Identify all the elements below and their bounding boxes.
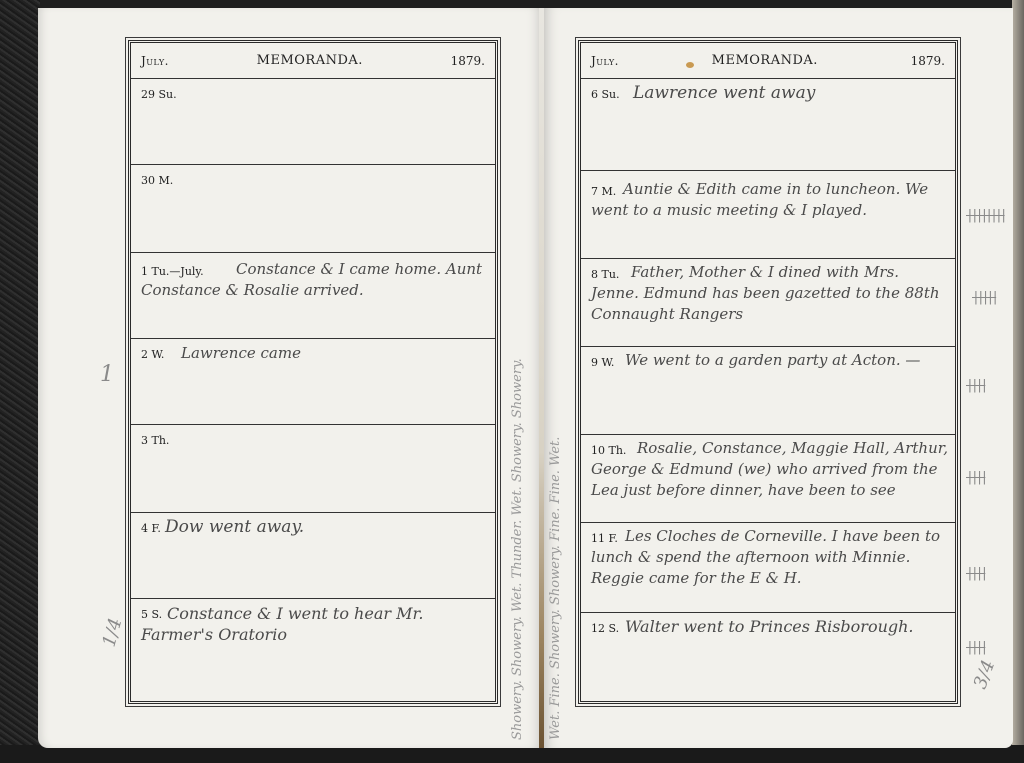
handwritten-entry: Father, Mother & I dined with Mrs. Jenne…	[591, 262, 949, 325]
day-entry: 30 M.	[131, 165, 495, 253]
handwritten-entry: Constance & I went to hear Mr. Farmer's …	[141, 603, 489, 645]
day-label: 30 M.	[141, 174, 173, 187]
book-gutter	[539, 8, 544, 748]
header-year: 1879.	[451, 54, 485, 68]
day-entry: 3 Th.	[131, 425, 495, 513]
day-entry: 11 F. Les Cloches de Corneville. I have …	[581, 523, 955, 613]
day-entry: 1 Tu.—July. Constance & I came home. Aun…	[131, 253, 495, 339]
day-entry: 6 Su. Lawrence went away	[581, 79, 955, 171]
margin-note: 1	[100, 362, 114, 387]
day-entry: 4 F. Dow went away.	[131, 513, 495, 599]
page-header: July. MEMORANDA. 1879.	[581, 43, 955, 79]
handwritten-entry: Auntie & Edith came in to luncheon. We w…	[591, 179, 949, 221]
day-entry: 7 M. Auntie & Edith came in to luncheon.…	[581, 171, 955, 259]
day-entry: 2 W. Lawrence came	[131, 339, 495, 425]
left-memoranda-frame: July. MEMORANDA. 1879. 29 Su. 30 M. 1 Tu…	[128, 40, 498, 704]
day-entry: 8 Tu. Father, Mother & I dined with Mrs.…	[581, 259, 955, 347]
handwritten-entry: Lawrence came	[141, 343, 489, 364]
tally-mark: |||||	[972, 290, 996, 305]
weather-notes-right-gutter: Wet. Fine. Showery. Showery. Fine. Fine.…	[548, 100, 563, 740]
day-label: 29 Su.	[141, 88, 177, 101]
day-entry: 10 Th. Rosalie, Constance, Maggie Hall, …	[581, 435, 955, 523]
book-page-edge	[1012, 0, 1024, 763]
header-title: MEMORANDA.	[712, 53, 818, 68]
day-entry: 5 S. Constance & I went to hear Mr. Farm…	[131, 599, 495, 701]
header-year: 1879.	[911, 54, 945, 68]
tally-mark: ||||	[966, 470, 985, 485]
header-month: July.	[141, 54, 169, 68]
page-header: July. MEMORANDA. 1879.	[131, 43, 495, 79]
day-label: 3 Th.	[141, 434, 169, 447]
handwritten-entry: We went to a garden party at Acton. —	[591, 350, 949, 371]
handwritten-entry: Lawrence went away	[591, 83, 949, 104]
header-month: July.	[591, 54, 619, 68]
tally-mark: ||||	[966, 640, 985, 655]
day-entry: 29 Su.	[131, 79, 495, 165]
handwritten-entry: Dow went away.	[141, 517, 489, 538]
weather-notes-left-gutter: Showery. Showery. Wet. Thunder. Wet. Sho…	[510, 80, 525, 740]
handwritten-entry: Rosalie, Constance, Maggie Hall, Arthur,…	[591, 438, 949, 501]
header-title: MEMORANDA.	[257, 53, 363, 68]
handwritten-entry: Constance & I came home. Aunt Constance …	[141, 259, 489, 301]
tally-mark: ||||||||	[966, 208, 1005, 223]
day-entry: 9 W. We went to a garden party at Acton.…	[581, 347, 955, 435]
tally-mark: ||||	[966, 566, 985, 581]
tally-mark: ||||	[966, 378, 985, 393]
handwritten-entry: Les Cloches de Corneville. I have been t…	[591, 526, 949, 589]
day-entry: 12 S. Walter went to Princes Risborough.	[581, 613, 955, 701]
right-memoranda-frame: July. MEMORANDA. 1879. 6 Su. Lawrence we…	[578, 40, 958, 704]
book-cover-spine	[0, 0, 40, 763]
handwritten-entry: Walter went to Princes Risborough.	[591, 616, 949, 637]
